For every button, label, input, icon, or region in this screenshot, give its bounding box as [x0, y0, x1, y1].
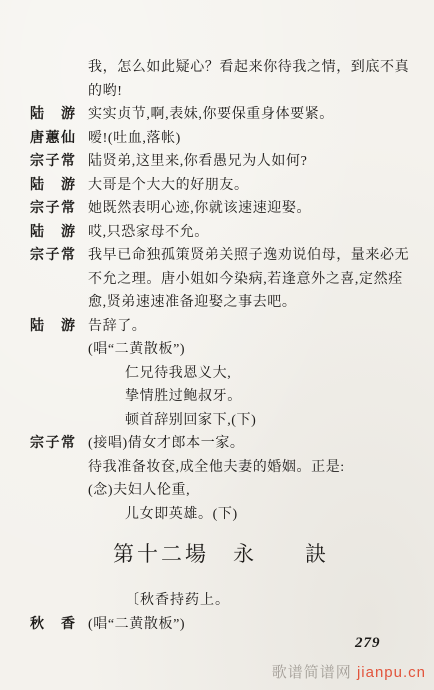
speaker-name: 陆 游: [30, 315, 86, 339]
page-number: 279: [355, 635, 381, 652]
verse-line: 儿女即英雄。(下): [88, 503, 434, 527]
speaker-name: 宗子常: [30, 432, 86, 456]
line-text: 的哟!: [88, 84, 122, 99]
script-line: 待我准备妆奁,成全他夫妻的婚姻。正是:: [88, 456, 434, 480]
line-text: (念)夫妇人伦重,: [88, 483, 190, 498]
watermark-site-name: 歌谱简谱网: [272, 664, 352, 681]
script-line: 宗子常 她既然表明心迹,你就该速速迎娶。: [88, 197, 434, 221]
line-text: 顿首辞别回家下,(下): [125, 413, 256, 428]
line-text: 待我准备妆奁,成全他夫妻的婚姻。正是:: [88, 460, 345, 475]
line-text: 挚情胜过鲍叔牙。: [125, 389, 242, 404]
line-text: 陆贤弟,这里来,你看愚兄为人如何?: [88, 154, 307, 169]
scene-title: 第十二場 永 訣: [0, 538, 434, 568]
script-line: (念)夫妇人伦重,: [88, 479, 434, 503]
script-line: 不允之理。唐小姐如今染病,若逢意外之喜,定然痊: [88, 268, 434, 292]
script-line: 秋 香 (唱“二黄散板”): [88, 613, 185, 637]
script-body: 我，怎么如此疑心？看起来你待我之情，到底不真 的哟! 陆 游 实实贞节,啊,表妹…: [88, 56, 434, 526]
line-text: 不允之理。唐小姐如今染病,若逢意外之喜,定然痊: [88, 272, 403, 287]
script-line: 的哟!: [88, 80, 434, 104]
line-text: 哎,只恐家母不允。: [88, 225, 209, 240]
script-line: 陆 游 哎,只恐家母不允。: [88, 221, 434, 245]
script-line: 愈,贤弟速速准备迎娶之事去吧。: [88, 291, 434, 315]
script-line: 陆 游 告辞了。: [88, 315, 434, 339]
watermark: 歌谱简谱网 jianpu.cn: [272, 661, 426, 682]
line-text: (唱“二黄散板”): [88, 617, 185, 632]
script-line: 宗子常 陆贤弟,这里来,你看愚兄为人如何?: [88, 150, 434, 174]
speaker-name: 陆 游: [30, 221, 86, 245]
script-line: 陆 游 实实贞节,啊,表妹,你要保重身体要紧。: [88, 103, 434, 127]
line-text: 大哥是个大大的好朋友。: [88, 178, 249, 193]
speaker-name: 宗子常: [30, 197, 86, 221]
line-text: 儿女即英雄。(下): [125, 507, 238, 522]
line-text: 实实贞节,啊,表妹,你要保重身体要紧。: [88, 107, 334, 122]
verse-line: 挚情胜过鲍叔牙。: [88, 385, 434, 409]
speaker-name: 宗子常: [30, 244, 86, 268]
line-text: (唱“二黄散板”): [88, 342, 185, 357]
script-line: 唐蕙仙 嗳!(吐血,落帐): [88, 127, 434, 151]
line-text: 嗳!(吐血,落帐): [88, 131, 181, 146]
stage-note-line: (唱“二黄散板”): [88, 338, 434, 362]
verse-line: 仁兄待我恩义大,: [88, 362, 434, 386]
speaker-name: 宗子常: [30, 150, 86, 174]
line-text: 仁兄待我恩义大,: [125, 366, 231, 381]
speaker-name: 唐蕙仙: [30, 127, 86, 151]
watermark-site-url: jianpu.cn: [357, 664, 426, 681]
script-line: 我，怎么如此疑心？看起来你待我之情，到底不真: [88, 56, 434, 80]
verse-line: 顿首辞别回家下,(下): [88, 409, 434, 433]
stage-direction: 〔秋香持药上。: [125, 589, 230, 609]
line-text: 她既然表明心迹,你就该速速迎娶。: [88, 201, 311, 216]
speaker-name: 秋 香: [30, 613, 86, 637]
line-text: 我早已命独孤策贤弟关照子逸劝说伯母，量来必无: [88, 248, 409, 263]
script-line: 陆 游 大哥是个大大的好朋友。: [88, 174, 434, 198]
speaker-name: 陆 游: [30, 103, 86, 127]
speaker-name: 陆 游: [30, 174, 86, 198]
line-text: 愈,贤弟速速准备迎娶之事去吧。: [88, 295, 297, 310]
script-line: 宗子常 我早已命独孤策贤弟关照子逸劝说伯母，量来必无: [88, 244, 434, 268]
line-text: 告辞了。: [88, 319, 146, 334]
line-text: (接唱)倩女才郎本一家。: [88, 436, 245, 451]
script-line: 宗子常 (接唱)倩女才郎本一家。: [88, 432, 434, 456]
line-text: 我，怎么如此疑心？看起来你待我之情，到底不真: [88, 60, 409, 75]
